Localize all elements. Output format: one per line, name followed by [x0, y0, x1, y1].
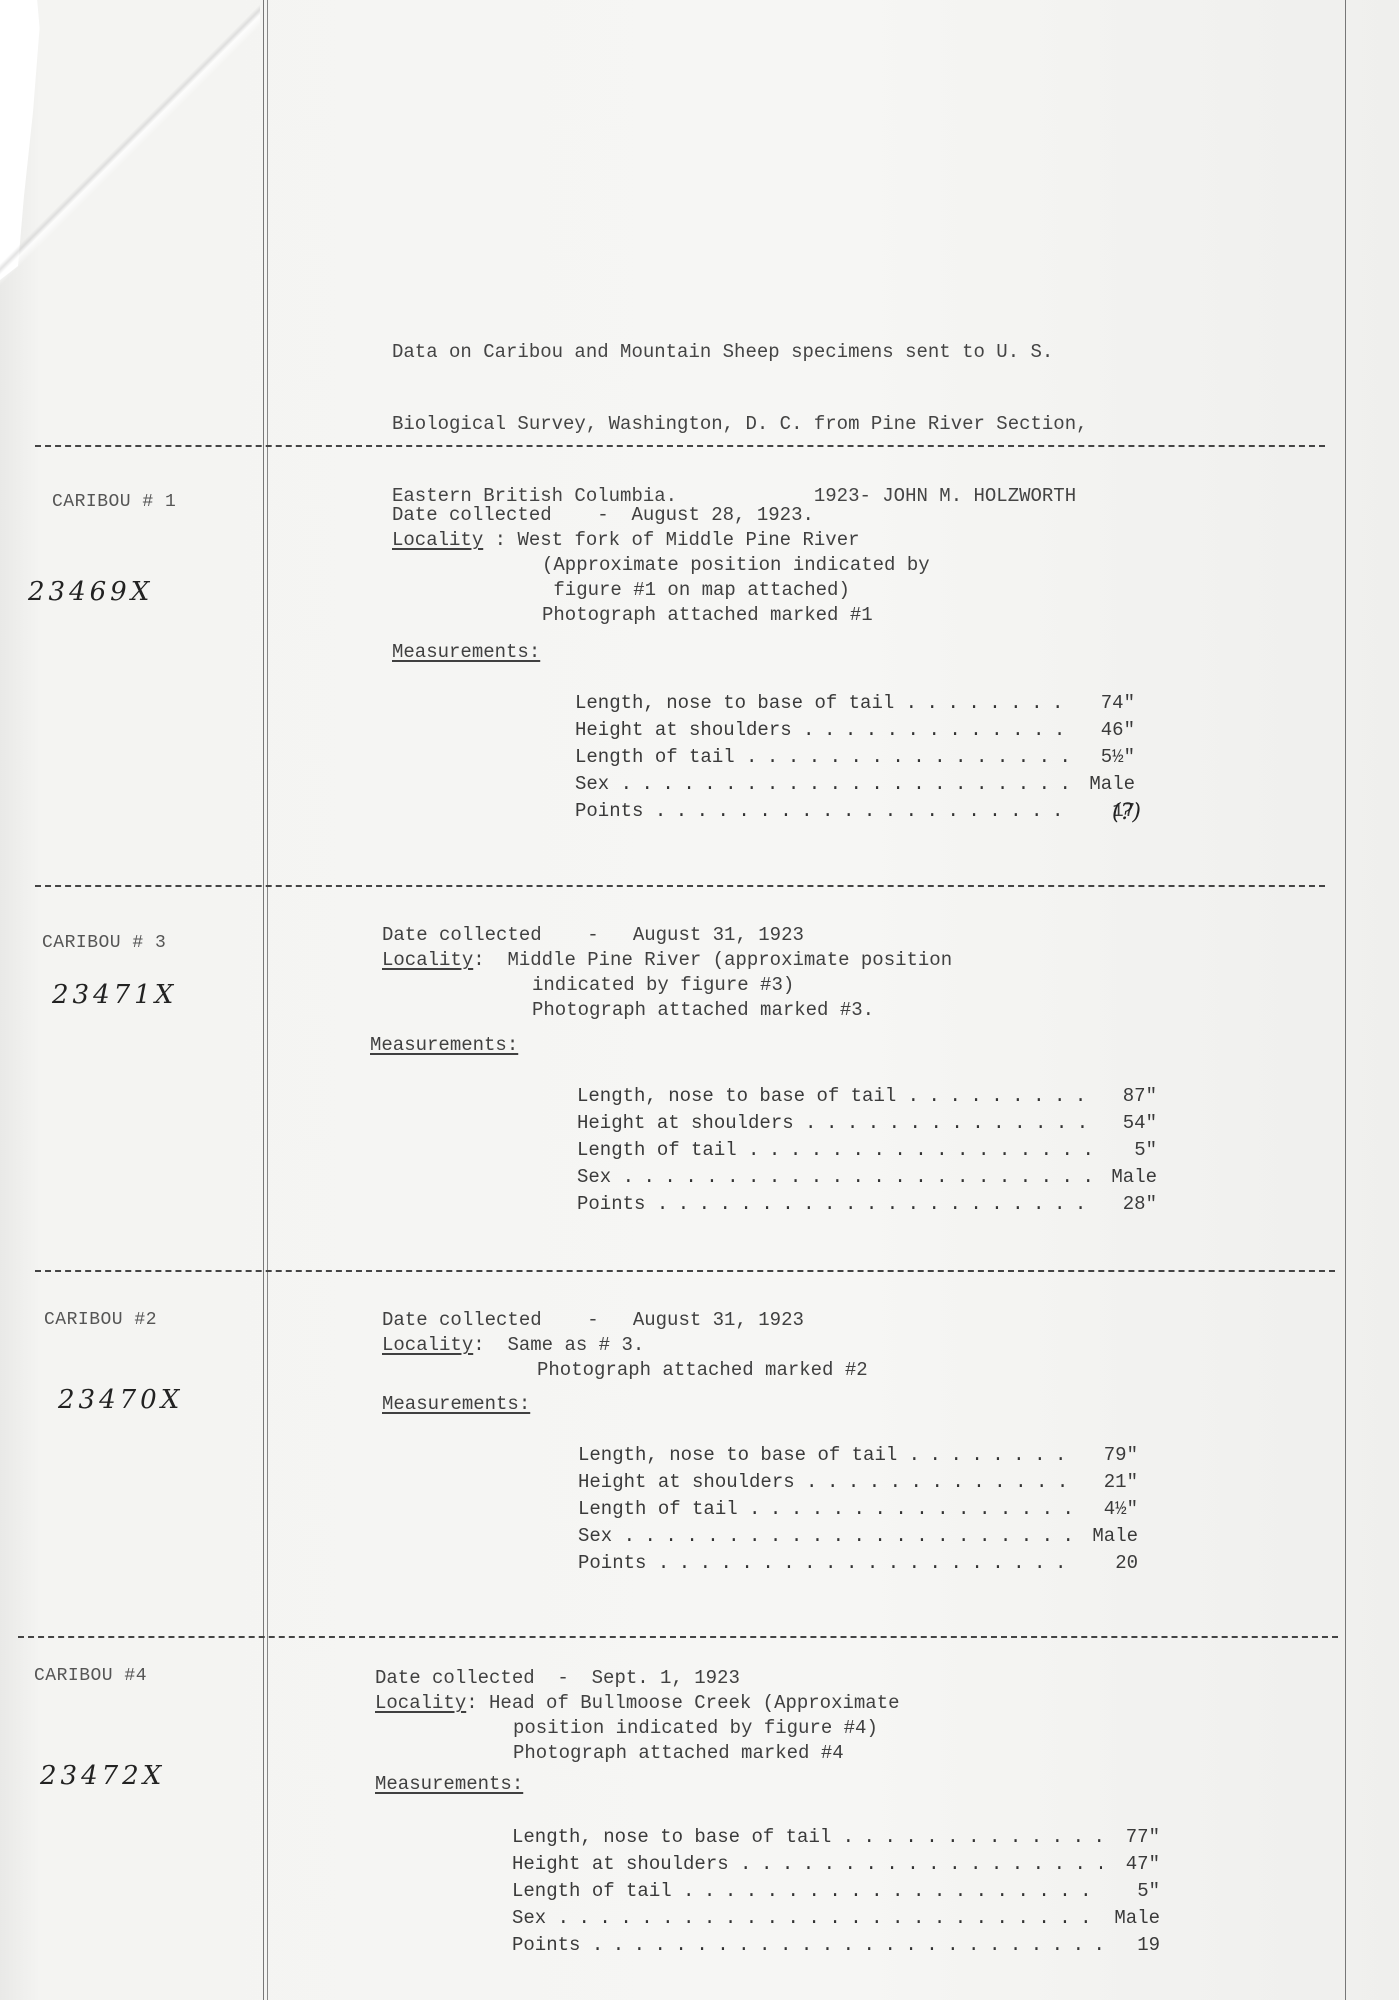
- catalog-number: 23471X: [52, 980, 177, 1010]
- measurement-value: 20: [1080, 1550, 1138, 1577]
- dot-leader: ........................................…: [740, 1851, 1102, 1878]
- catalog-number: 23472X: [40, 1761, 165, 1791]
- locality-separator: :: [466, 1692, 489, 1714]
- dot-leader: ........................................…: [906, 690, 1077, 717]
- measurement-value: 74": [1077, 690, 1135, 717]
- measurement-row: Sex ....................................…: [575, 771, 1135, 798]
- measurement-name: Length, nose to base of tail: [575, 690, 906, 717]
- specimen-label: CARIBOU # 1: [52, 492, 176, 512]
- date-collected: Date collected - Sept. 1, 1923: [375, 1666, 740, 1691]
- measurement-row: Sex ....................................…: [578, 1523, 1138, 1550]
- measurement-name: Height at shoulders: [578, 1469, 806, 1496]
- document-title: Data on Caribou and Mountain Sheep speci…: [392, 292, 1088, 532]
- measurement-value: 19: [1102, 1932, 1160, 1959]
- locality-text: position indicated by figure #4): [513, 1716, 878, 1741]
- dot-leader: ........................................…: [843, 1824, 1102, 1851]
- locality-text: West fork of Middle Pine River: [517, 529, 859, 551]
- measurements-heading: Measurements:: [375, 1772, 523, 1797]
- dot-leader: ........................................…: [683, 1878, 1102, 1905]
- dot-leader: ........................................…: [748, 1137, 1099, 1164]
- locality-text: Photograph attached marked #1: [542, 603, 873, 628]
- measurement-name: Points: [512, 1932, 592, 1959]
- dot-leader: ........................................…: [592, 1932, 1102, 1959]
- locality-label: Locality: [382, 1334, 473, 1356]
- dot-leader: ........................................…: [558, 1905, 1102, 1932]
- measurement-name: Length of tail: [512, 1878, 683, 1905]
- date-collected: Date collected - August 31, 1923: [382, 923, 804, 948]
- date-collected: Date collected - August 31, 1923: [382, 1308, 804, 1333]
- dot-leader: ........................................…: [624, 1523, 1080, 1550]
- measurement-value: Male: [1077, 771, 1135, 798]
- locality-text: Same as # 3.: [507, 1334, 644, 1356]
- measurement-row: Height at shoulders ....................…: [512, 1851, 1160, 1878]
- measurement-value: 5½": [1077, 744, 1135, 771]
- dot-leader: ........................................…: [806, 1469, 1080, 1496]
- specimen-label: CARIBOU # 3: [42, 933, 166, 953]
- dot-leader: ........................................…: [803, 717, 1077, 744]
- locality-label: Locality: [382, 949, 473, 971]
- catalog-number: 23470X: [58, 1385, 183, 1415]
- specimen-label: CARIBOU #2: [44, 1310, 157, 1330]
- specimen-label: CARIBOU #4: [34, 1666, 147, 1686]
- measurement-row: Length, nose to base of tail ...........…: [577, 1083, 1157, 1110]
- measurement-row: Length, nose to base of tail ...........…: [512, 1824, 1160, 1851]
- measurement-row: Points .................................…: [575, 798, 1135, 825]
- locality-text: Head of Bullmoose Creek (Approximate: [489, 1692, 899, 1714]
- measurement-value: Male: [1099, 1164, 1157, 1191]
- locality-label: Locality: [392, 529, 483, 551]
- measurement-row: Length of tail .........................…: [575, 744, 1135, 771]
- measurement-name: Length, nose to base of tail: [577, 1083, 908, 1110]
- measurement-row: Points .................................…: [578, 1550, 1138, 1577]
- measurement-name: Height at shoulders: [575, 717, 803, 744]
- locality-text: Photograph attached marked #3.: [532, 998, 874, 1023]
- locality: Locality: Middle Pine River (approximate…: [382, 948, 952, 973]
- measurement-row: Sex ....................................…: [512, 1905, 1160, 1932]
- dot-leader: ........................................…: [746, 744, 1077, 771]
- locality-text: Photograph attached marked #4: [513, 1741, 844, 1766]
- dot-leader: ........................................…: [623, 1164, 1099, 1191]
- handwritten-annotation: (?): [1112, 800, 1141, 825]
- measurement-row: Length, nose to base of tail ...........…: [578, 1442, 1138, 1469]
- measurement-row: Length of tail .........................…: [512, 1878, 1160, 1905]
- dot-leader: ........................................…: [621, 771, 1077, 798]
- dot-leader: ........................................…: [909, 1442, 1080, 1469]
- measurement-row: Points .................................…: [512, 1932, 1160, 1959]
- measurement-value: 21": [1080, 1469, 1138, 1496]
- measurements-heading: Measurements:: [370, 1033, 518, 1058]
- measurement-name: Sex: [575, 771, 621, 798]
- measurement-name: Length of tail: [578, 1496, 749, 1523]
- section-divider: [18, 1636, 1338, 1638]
- measurement-name: Sex: [577, 1164, 623, 1191]
- measurement-name: Sex: [578, 1523, 624, 1550]
- locality-text: (Approximate position indicated by: [542, 553, 930, 578]
- measurement-value: 5": [1102, 1878, 1160, 1905]
- measurement-row: Length of tail .........................…: [577, 1137, 1157, 1164]
- measurement-row: Length of tail .........................…: [578, 1496, 1138, 1523]
- measurements-heading: Measurements:: [392, 640, 540, 665]
- measurement-value: 47": [1102, 1851, 1160, 1878]
- dot-leader: ........................................…: [805, 1110, 1099, 1137]
- measurement-name: Length, nose to base of tail: [512, 1824, 843, 1851]
- measurement-name: Height at shoulders: [577, 1110, 805, 1137]
- measurement-row: Height at shoulders ....................…: [578, 1469, 1138, 1496]
- measurement-value: Male: [1102, 1905, 1160, 1932]
- measurements-table: Length, nose to base of tail ...........…: [575, 690, 1135, 825]
- measurement-name: Points: [578, 1550, 658, 1577]
- measurement-value: 28": [1099, 1191, 1157, 1218]
- locality: Locality: Same as # 3.: [382, 1333, 644, 1358]
- measurement-value: 4½": [1080, 1496, 1138, 1523]
- measurement-value: 77": [1102, 1824, 1160, 1851]
- measurement-row: Points .................................…: [577, 1191, 1157, 1218]
- measurement-name: Sex: [512, 1905, 558, 1932]
- catalog-number: 23469X: [28, 577, 153, 607]
- paper-fold: [0, 0, 260, 290]
- measurements-heading: Measurements:: [382, 1392, 530, 1417]
- dot-leader: ........................................…: [749, 1496, 1080, 1523]
- measurement-row: Length, nose to base of tail ...........…: [575, 690, 1135, 717]
- left-margin-rule: [263, 0, 268, 2000]
- measurement-row: Sex ....................................…: [577, 1164, 1157, 1191]
- dot-leader: ........................................…: [658, 1550, 1080, 1577]
- date-collected: Date collected - August 28, 1923.: [392, 503, 814, 528]
- measurement-value: 46": [1077, 717, 1135, 744]
- measurement-name: Length of tail: [577, 1137, 748, 1164]
- locality-text: figure #1 on map attached): [542, 578, 850, 603]
- dot-leader: ........................................…: [655, 798, 1077, 825]
- title-line: Biological Survey, Washington, D. C. fro…: [392, 412, 1088, 436]
- measurements-table: Length, nose to base of tail ...........…: [577, 1083, 1157, 1218]
- locality-separator: :: [483, 529, 517, 551]
- measurements-table: Length, nose to base of tail ...........…: [512, 1824, 1160, 1959]
- title-line: Data on Caribou and Mountain Sheep speci…: [392, 340, 1088, 364]
- measurement-row: Height at shoulders ....................…: [577, 1110, 1157, 1137]
- measurement-value: 54": [1099, 1110, 1157, 1137]
- locality: Locality: Head of Bullmoose Creek (Appro…: [375, 1691, 900, 1716]
- measurement-name: Height at shoulders: [512, 1851, 740, 1878]
- measurement-value: 87": [1099, 1083, 1157, 1110]
- locality: Locality : West fork of Middle Pine Rive…: [392, 528, 860, 553]
- measurement-value: Male: [1080, 1523, 1138, 1550]
- measurement-value: 5": [1099, 1137, 1157, 1164]
- locality-separator: :: [473, 949, 507, 971]
- locality-text: Middle Pine River (approximate position: [507, 949, 952, 971]
- dot-leader: ........................................…: [657, 1191, 1099, 1218]
- locality-text: indicated by figure #3): [532, 973, 794, 998]
- measurement-row: Height at shoulders ....................…: [575, 717, 1135, 744]
- measurement-name: Length, nose to base of tail: [578, 1442, 909, 1469]
- measurement-name: Length of tail: [575, 744, 746, 771]
- section-divider: [35, 885, 1325, 887]
- locality-separator: :: [473, 1334, 507, 1356]
- section-divider: [35, 1270, 1335, 1272]
- measurements-table: Length, nose to base of tail ...........…: [578, 1442, 1138, 1577]
- measurement-name: Points: [577, 1191, 657, 1218]
- dot-leader: ........................................…: [908, 1083, 1099, 1110]
- measurement-name: Points: [575, 798, 655, 825]
- locality-text: Photograph attached marked #2: [537, 1358, 868, 1383]
- right-margin-rule: [1345, 0, 1346, 2000]
- measurement-value: 79": [1080, 1442, 1138, 1469]
- locality-label: Locality: [375, 1692, 466, 1714]
